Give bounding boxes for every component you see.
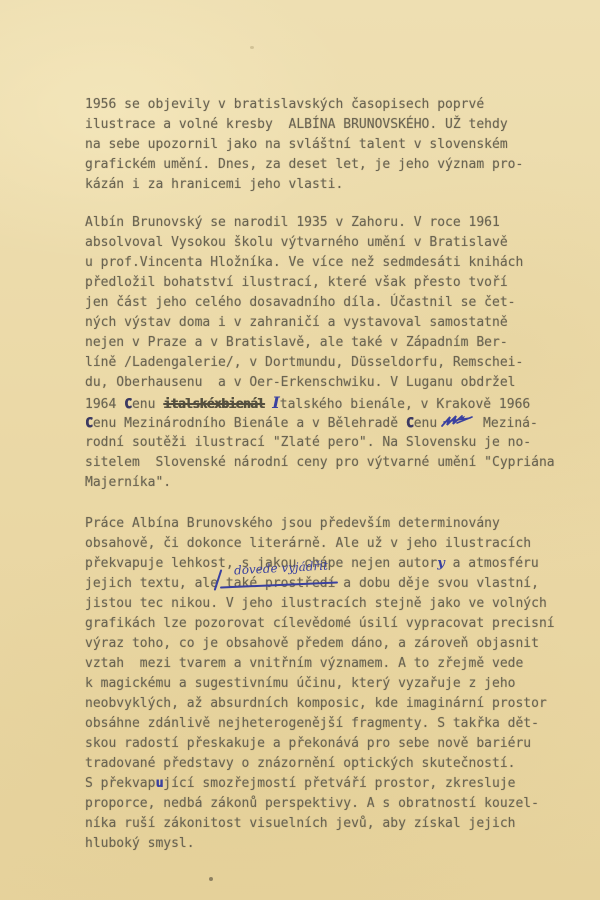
text-line: jistou tec nikou. V jeho ilustracích ste… [85, 594, 565, 614]
text-line: sitelem Slovenské národní ceny pro výtva… [85, 453, 565, 473]
text-line: vztah mezi tvarem a vnitřním významem. A… [85, 654, 565, 674]
text-line: grafickém umění. Dnes, za deset let, je … [85, 155, 565, 175]
handwritten-capital-i: I [272, 393, 279, 412]
text-line: obsahově, či dokonce literárně. Ale už v… [85, 534, 565, 554]
overstruck-capital: C [124, 397, 132, 412]
text-line: absolvoval Vysokou školu výtvarného uměn… [85, 233, 565, 253]
pen-struck-words: také prostředídovede vyjádřit [226, 574, 336, 594]
text-line-with-corrections: jejich textu, ale také prostředídovede v… [85, 574, 565, 594]
text-line-with-corrections: Cenu Mezinárodního Bienále a v Bělehradě… [85, 413, 565, 433]
text-line: du, Oberhausenu a v Oer-Erkenschwiku. V … [85, 373, 565, 393]
text-line: Albín Brunovský se narodil 1935 v Zahoru… [85, 213, 565, 233]
text-line: výraz toho, co je obsahově předem dáno, … [85, 634, 565, 654]
paper-speck [250, 46, 254, 49]
text-line: Majerníka". [85, 473, 565, 493]
text-segment: enu Mezinárodního Bienále a v Bělehradě [93, 416, 406, 431]
text-line: líně /Ladengalerie/, v Dortmundu, Düssel… [85, 353, 565, 373]
text-segment: talského bienále, v Krakově 1966 [280, 397, 530, 412]
handwritten-correction: dovede vyjádřit [234, 560, 328, 577]
paragraph-2: Albín Brunovský se narodil 1935 v Zahoru… [85, 213, 565, 493]
typewritten-text-block: 1956 se objevily v bratislavských časopi… [85, 95, 565, 854]
document-page: 1956 se objevily v bratislavských časopi… [0, 0, 600, 900]
text-line: 1956 se objevily v bratislavských časopi… [85, 95, 565, 115]
text-line: jen část jeho celého dosavadního díla. Ú… [85, 293, 565, 313]
text-segment: 1964 [85, 397, 124, 412]
text-line: rodní soutěži ilustrací "Zlaté pero". Na… [85, 433, 565, 453]
text-line: k magickému a sugestivnímu účinu, který … [85, 674, 565, 694]
text-segment: enu [414, 416, 437, 431]
text-segment: a dobu děje svou vlastní, [335, 576, 539, 591]
text-line: ilustrace a volné kresby ALBÍNA BRUNOVSK… [85, 115, 565, 135]
text-line: ných výstav doma i v zahraničí a vystavo… [85, 313, 565, 333]
overstruck-capital: C [85, 416, 93, 431]
text-line-with-corrections: 1964 Cenu italskéxbienál Italského biená… [85, 393, 565, 413]
typed-strikethrough-word: italskéxbienál [163, 397, 264, 412]
paragraph-1: 1956 se objevily v bratislavských časopi… [85, 95, 565, 195]
text-line: tradované představy o znázornění optický… [85, 754, 565, 774]
text-line: grafikách lze pozorovat cílevědomé úsilí… [85, 614, 565, 634]
text-line: obsáhne zdánlivě nejheterogenější fragme… [85, 714, 565, 734]
text-segment: a atmosféru [445, 556, 539, 571]
text-line: hluboký smysl. [85, 834, 565, 854]
text-line: předložil bohatství ilustrací, které vša… [85, 273, 565, 293]
text-line: kázán i za hranicemi jeho vlasti. [85, 175, 565, 195]
text-line-with-corrections: S překvapující smozřejmostí přetváří pro… [85, 774, 565, 794]
text-line: nejen v Praze a v Bratislavě, ale také v… [85, 333, 565, 353]
text-line: skou radostí přeskakuje a překonává pro … [85, 734, 565, 754]
text-line: neobvyklých, až absurdních komposic, kde… [85, 694, 565, 714]
text-line: níka ruší zákonitost visuelních jevů, ab… [85, 814, 565, 834]
text-segment: enu [132, 397, 163, 412]
struck-text: také prostředí [226, 576, 336, 591]
text-segment: jejich textu, ale [85, 576, 226, 591]
paragraph-3: Práce Albína Brunovského jsou především … [85, 514, 565, 854]
text-segment: S překvap [85, 776, 155, 791]
text-line: proporce, nedbá zákonů perspektivy. A s … [85, 794, 565, 814]
text-line: na sebe upozornil jako na svláštní talen… [85, 135, 565, 155]
text-line: Práce Albína Brunovského jsou především … [85, 514, 565, 534]
text-segment: Meziná- [475, 416, 538, 431]
text-line: u prof.Vincenta Hložníka. Ve více než se… [85, 253, 565, 273]
overstruck-capital: C [406, 416, 414, 431]
paper-speck [209, 877, 213, 881]
text-segment: jící smozřejmostí přetváří prostor, zkre… [163, 776, 515, 791]
handwritten-letter-y: y [437, 556, 445, 571]
